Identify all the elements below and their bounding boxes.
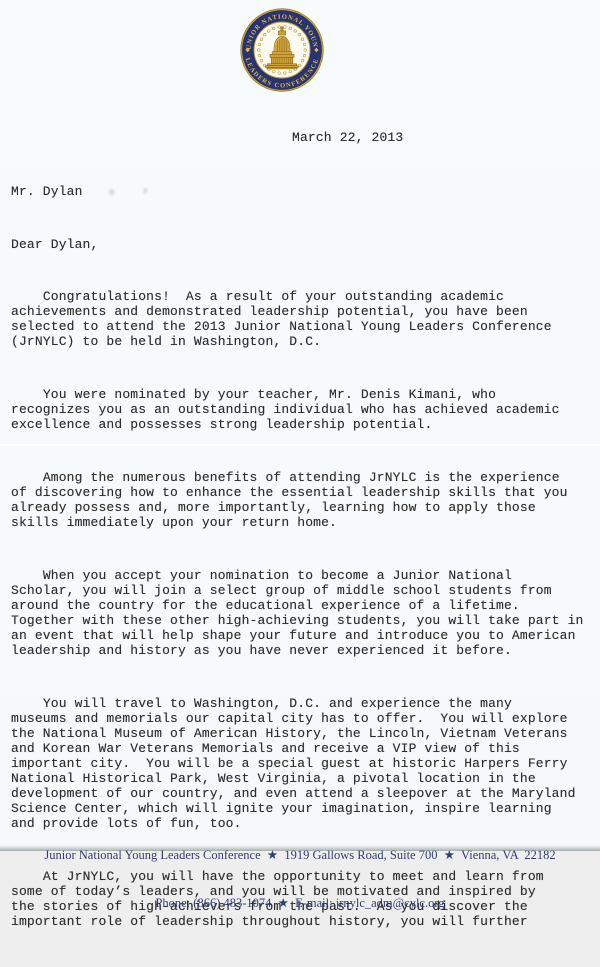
paragraph-benefits: Among the numerous benefits of attending… — [11, 470, 596, 530]
salutation: Dear Dylan, — [11, 237, 98, 252]
scanned-letter-page: JUNIOR NATIONAL YOUNG LEADERS CONFERENCE… — [0, 0, 600, 851]
scan-crease-artifact — [0, 444, 600, 446]
capitol-seal-icon: JUNIOR NATIONAL YOUNG LEADERS CONFERENCE — [239, 7, 325, 93]
paragraph-travel: You will travel to Washington, D.C. and … — [11, 696, 596, 831]
letter-body: Congratulations! As a result of your out… — [11, 259, 596, 851]
paragraph-nomination: You were nominated by your teacher, Mr. … — [11, 387, 596, 432]
jrnylc-seal: JUNIOR NATIONAL YOUNG LEADERS CONFERENCE — [239, 7, 325, 93]
scan-edge-artifact — [0, 845, 600, 851]
paragraph-junior-national-scholar: When you accept your nomination to becom… — [11, 568, 596, 658]
paragraph-congratulations: Congratulations! As a result of your out… — [11, 289, 596, 349]
recipient-name: Mr. Dylan — [11, 184, 83, 199]
letter-date: March 22, 2013 — [292, 130, 403, 145]
redacted-surname-smudge — [106, 185, 154, 198]
